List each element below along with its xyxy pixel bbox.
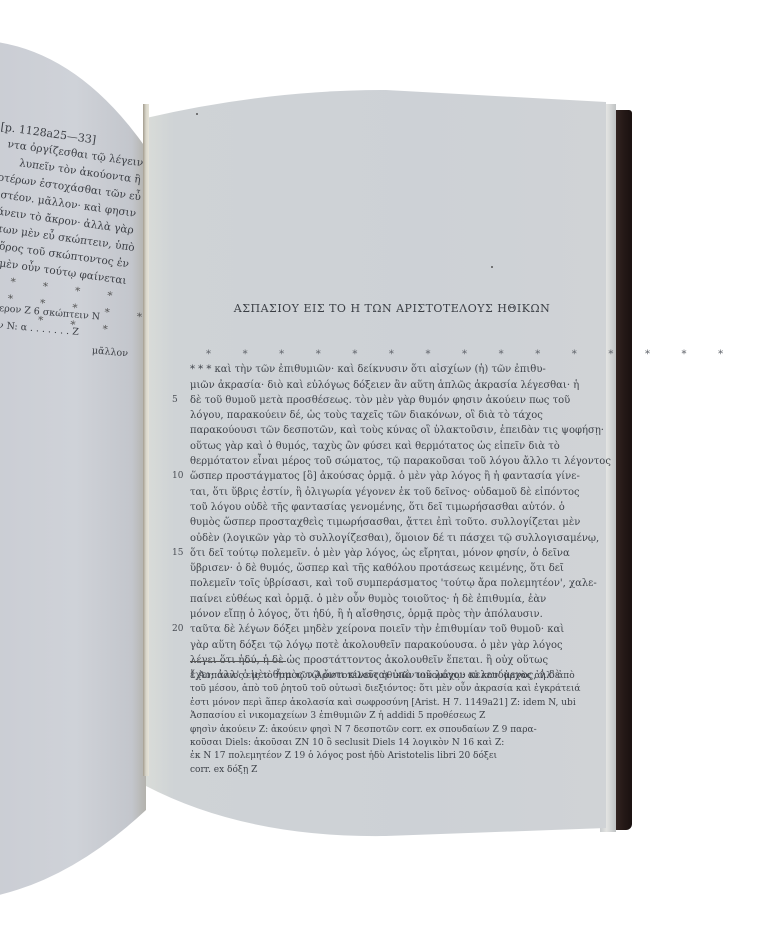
- footnote-line: ἐστι μόνον περὶ ἅπερ ἀκολασία καὶ σωφροσ…: [190, 697, 542, 710]
- text-line: τοῦ λόγου οὐδὲ τῆς φαντασίας γενομένης, …: [190, 500, 542, 515]
- text-line: ται, ὅτι ὕβρις ἐστίν, ἢ ὀλιγωρία γέγονεν…: [190, 485, 542, 500]
- footnote-line: 1 Ἀσπάσιος εἰς τὸ ἦτα τῶν Ἀριστοτέλους ἠ…: [190, 670, 542, 683]
- line-number: 10: [172, 469, 183, 484]
- text-line: μιῶν ἀκρασία· διὸ καὶ εὐλόγως δόξειεν ἂν…: [190, 378, 542, 393]
- footnotes: 1 Ἀσπάσιος εἰς τὸ ἦτα τῶν Ἀριστοτέλους ἠ…: [190, 670, 542, 777]
- paper-speck: [196, 113, 198, 115]
- text-line: λόγου, παρακούειν δέ, ὡς τοὺς ταχεῖς τῶν…: [190, 408, 542, 423]
- text-line: 20ταῦτα δὲ λέγων δόξει μηδὲν χείρονα ποι…: [190, 622, 542, 637]
- text-line: * * * καὶ τὴν τῶν ἐπιθυμιῶν· καὶ δείκνυσ…: [190, 362, 542, 377]
- text-line: γὰρ αὕτη δόξει τῷ λόγῳ ποτὲ ἀκολουθεῖν π…: [190, 638, 542, 653]
- asterisk-row: * * * * * * * * * * * * * * *: [190, 347, 542, 362]
- text-line: θυμὸς ὥσπερ προσταχθεὶς τιμωρήσασθαι, ᾄτ…: [190, 515, 542, 530]
- text-line: παίνει εὐθέως καὶ ὁρμᾷ. ὁ μὲν οὖν θυμὸς …: [190, 592, 542, 607]
- footnote-rule: [190, 661, 286, 662]
- main-text: * * * * * * * * * * * * * * * * * * καὶ …: [190, 347, 542, 684]
- text-line: ὕβρισεν· ὁ δὲ θυμός, ὥσπερ καὶ τῆς καθόλ…: [190, 561, 542, 576]
- page-title: ΑΣΠΑΣΙΟΥ ΕΙΣ ΤΟ Η ΤΩΝ ΑΡΙΣΤΟΤΕΛΟΥΣ ΗΘΙΚΩ…: [232, 302, 552, 315]
- paper-speck: [491, 266, 493, 268]
- text-line: 10ὥσπερ προστάγματος [ὃ] ἀκούσας ὁρμᾷ. ὁ…: [190, 469, 542, 484]
- text-line: 15ὅτι δεῖ τούτῳ πολεμεῖν. ὁ μὲν γὰρ λόγο…: [190, 546, 542, 561]
- text-line: οὐδὲν (λογικῶν γὰρ τὸ συλλογίζεσθαι), ὅμ…: [190, 531, 542, 546]
- footnote-line: corr. ex δόξῃ Z: [190, 764, 542, 777]
- book-gutter: [143, 104, 149, 776]
- text-line: θερμότατον εἶναι μέρος τοῦ σώματος, τῷ π…: [190, 454, 542, 469]
- text-line: μόνον εἴπῃ ὁ λόγος, ὅτι ἡδύ, ἢ ἡ αἴσθησι…: [190, 607, 542, 622]
- line-number: 15: [172, 546, 183, 561]
- footnote-line: ἐκ N 17 πολεμητέον Z 19 ὁ λόγος post ἡδὺ…: [190, 750, 542, 763]
- line-number: 20: [172, 622, 183, 637]
- text-line: 5δὲ τοῦ θυμοῦ μετὰ προσθέσεως. τὸν μὲν γ…: [190, 393, 542, 408]
- text-line: οὕτως γὰρ καὶ ὁ θυμός, ταχὺς ὢν φύσει κα…: [190, 439, 542, 454]
- footnote-line: τοῦ μέσου, ἀπὸ τοῦ ῥητοῦ τοῦ οὑτωσὶ διεξ…: [190, 683, 542, 696]
- text-line: παρακούουσι τῶν δεσποτῶν, καὶ τοὺς κύνας…: [190, 423, 542, 438]
- footnote-line: Ἀσπασίου εἰ νικομαχείων 3 ἐπιθυμιῶν Z ἡ …: [190, 710, 542, 723]
- line-number: 5: [172, 393, 178, 408]
- text-line: πολεμεῖν τοῖς ὑβρίσασι, καὶ τοῦ συμπεράσ…: [190, 576, 542, 591]
- footnote-line: φησὶν ἀκούειν Z: ἀκούειν φησὶ N 7 δεσποτ…: [190, 724, 542, 737]
- footnote-line: κοῦσαι Diels: ἀκοῦσαι ZN 10 ὃ seclusit D…: [190, 737, 542, 750]
